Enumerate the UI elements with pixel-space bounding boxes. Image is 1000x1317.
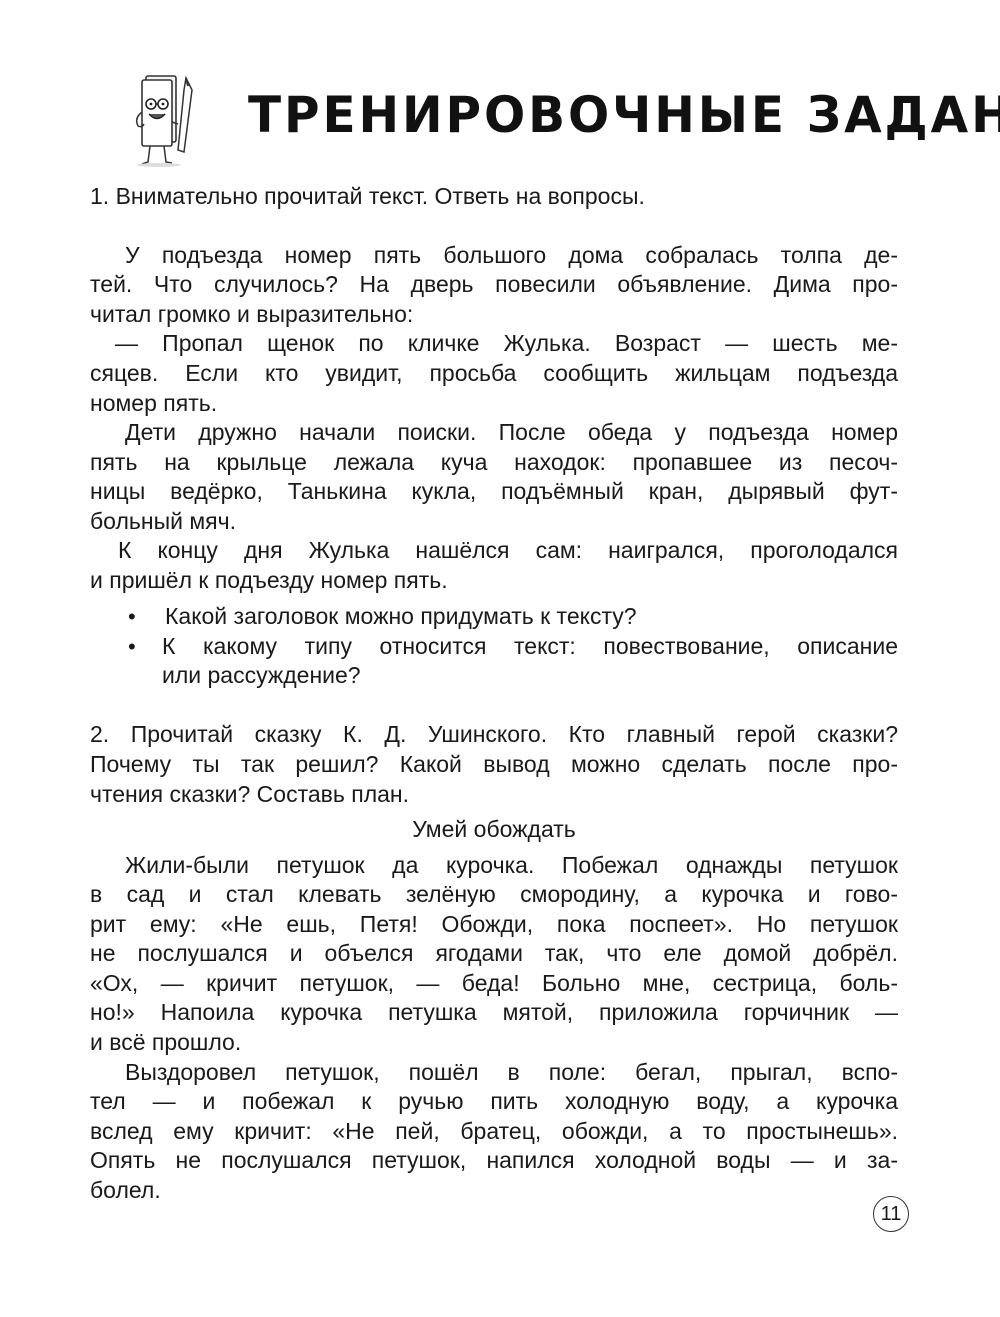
question-item: Какой заголовок можно придумать к тексту… <box>165 602 898 631</box>
text-line: сяцев. Если кто увидит, просьба сообщить… <box>90 359 898 388</box>
text-line: К концу дня Жулька нашёлся сам: наигралс… <box>118 536 898 565</box>
text-line: тей. Что случилось? На дверь повесили об… <box>90 270 898 299</box>
bullet-icon: • <box>128 632 136 661</box>
story-title: Умей обождать <box>90 815 898 844</box>
instruction-line: чтения сказки? Составь план. <box>90 780 898 809</box>
story-line: болел. <box>90 1176 898 1205</box>
story-line: в сад и стал клевать зелёную смородину, … <box>90 880 898 909</box>
text-line: ницы ведёрко, Танькина кукла, подъёмный … <box>90 477 898 506</box>
page-number: 11 <box>873 1196 909 1232</box>
story-line: «Ох, — кричит петушок, — беда! Больно мн… <box>90 969 898 998</box>
story-line: Выздоровел петушок, пошёл в поле: бегал,… <box>125 1058 898 1087</box>
bullet-icon: • <box>128 602 136 631</box>
text-line: больный мяч. <box>90 507 898 536</box>
text-line: пять на крыльце лежала куча находок: про… <box>90 448 898 477</box>
text-line: номер пять. <box>90 389 898 418</box>
text-line: У подъезда номер пять большого дома собр… <box>125 241 898 270</box>
story-line: Опять не послушался петушок, напился хол… <box>90 1146 898 1175</box>
page-title: ТРЕНИРОВОЧНЫЕ ЗАДАНИЯ <box>248 86 1000 144</box>
book-mascot-icon <box>134 68 204 168</box>
instruction-line: Почему ты так решил? Какой вывод можно с… <box>90 750 898 779</box>
text-line: — Пропал щенок по кличке Жулька. Возраст… <box>115 329 898 358</box>
story-line: вслед ему кричит: «Не пей, братец, обожд… <box>90 1117 898 1146</box>
text-line: Дети дружно начали поиски. После обеда у… <box>125 418 898 447</box>
story-line: не послушался и объелся ягодами так, что… <box>90 939 898 968</box>
text-line: читал громко и выразительно: <box>90 300 898 329</box>
question-item-cont: или рассуждение? <box>162 661 898 690</box>
story-line: рит ему: «Не ешь, Петя! Обожди, пока пос… <box>90 910 898 939</box>
question-item: К какому типу относится текст: повествов… <box>162 632 898 661</box>
story-line: и всё прошло. <box>90 1028 898 1057</box>
text-line: и пришёл к подъезду номер пять. <box>90 566 898 595</box>
story-line: но!» Напоила курочка петушка мятой, прил… <box>90 998 898 1027</box>
page-header: ТРЕНИРОВОЧНЫЕ ЗАДАНИЯ <box>130 68 870 168</box>
instruction-line: 2. Прочитай сказку К. Д. Ушинского. Кто … <box>90 720 898 749</box>
story-line: Жили-были петушок да курочка. Побежал од… <box>125 851 898 880</box>
task1-instruction: 1. Внимательно прочитай текст. Ответь на… <box>90 182 898 211</box>
story-line: тел — и побежал к ручью пить холодную во… <box>90 1087 898 1116</box>
